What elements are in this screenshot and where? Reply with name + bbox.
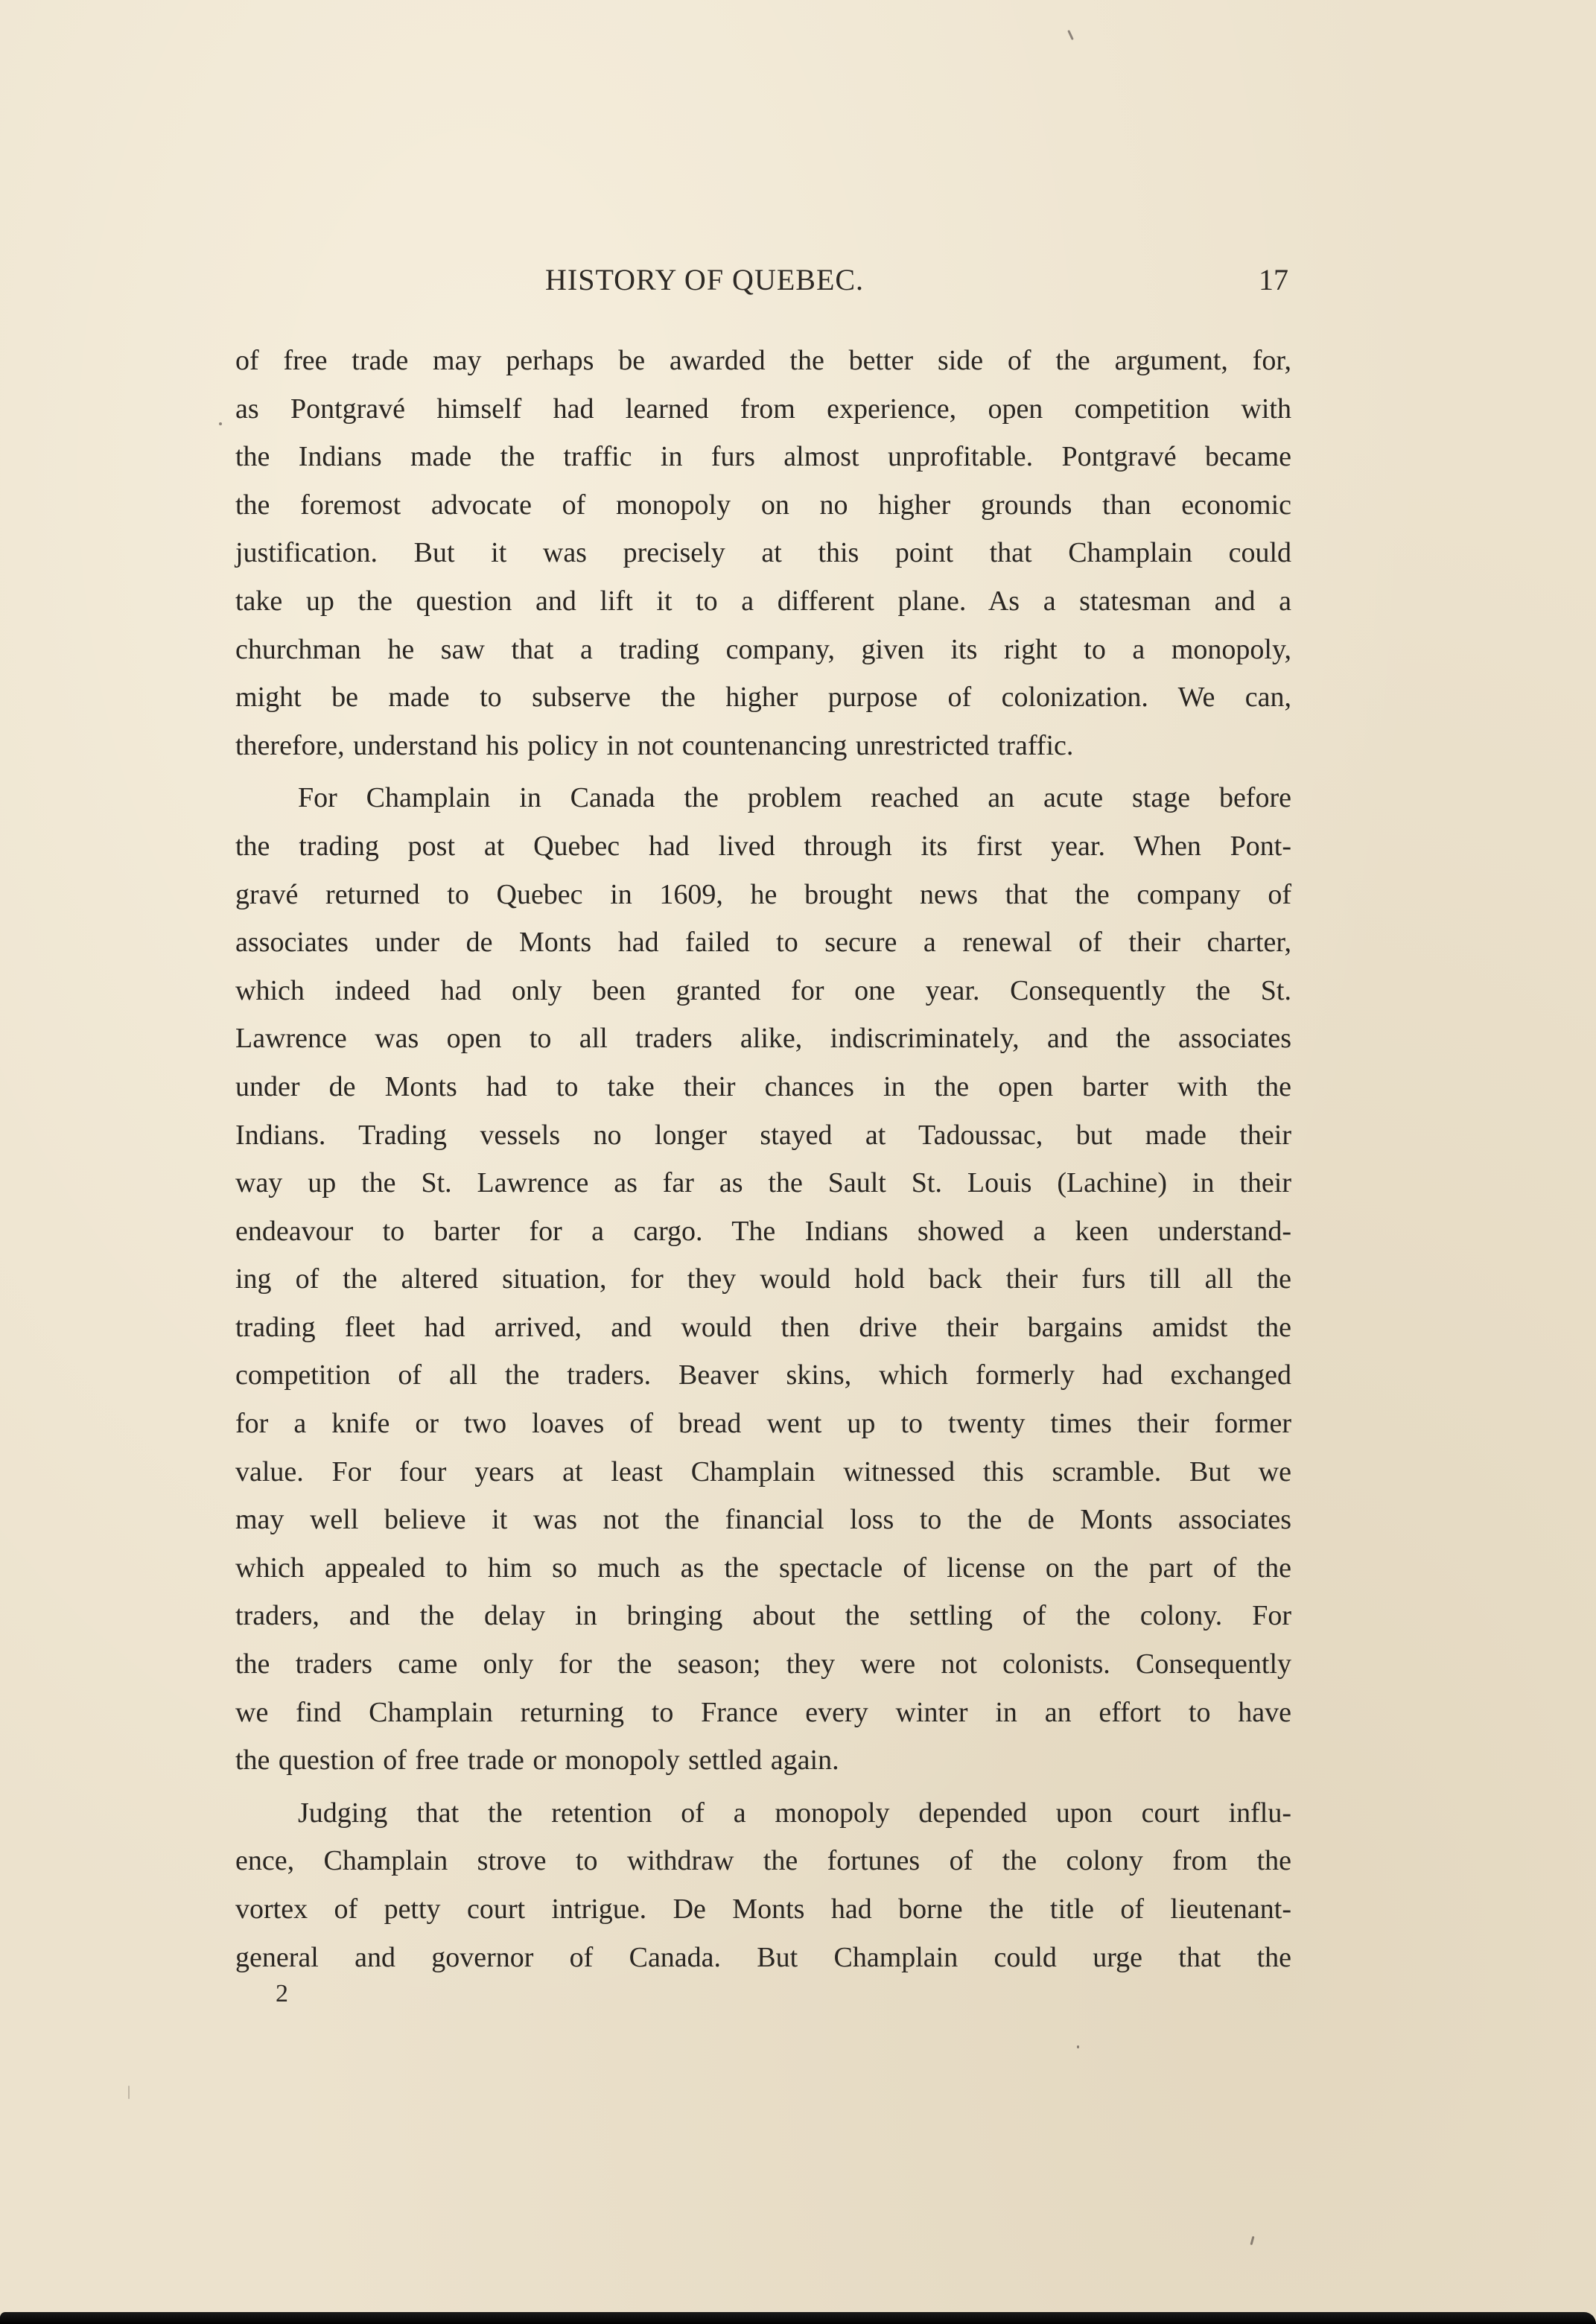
- paragraph-1: of free trade may perhaps be awarded the…: [235, 337, 1291, 769]
- body-text: of free trade may perhaps be awarded the…: [235, 337, 1291, 1981]
- paper-speck: [1250, 2236, 1254, 2245]
- paper-speck: [219, 422, 222, 425]
- text-line: as Pontgravé himself had learned from ex…: [235, 385, 1291, 434]
- text-line: Lawrence was open to all traders alike, …: [235, 1015, 1291, 1063]
- text-line: might be made to subserve the higher pur…: [235, 673, 1291, 722]
- paragraph-2: For Champlain in Canada the problem reac…: [235, 774, 1291, 1784]
- text-line: ence, Champlain strove to withdraw the f…: [235, 1837, 1291, 1885]
- text-line: which indeed had only been granted for o…: [235, 967, 1291, 1015]
- running-head-title: HISTORY OF QUEBEC.: [545, 262, 864, 297]
- text-line: Judging that the retention of a monopoly…: [235, 1789, 1291, 1838]
- text-line: take up the question and lift it to a di…: [235, 577, 1291, 626]
- text-line: gravé returned to Quebec in 1609, he bro…: [235, 871, 1291, 919]
- signature-mark: 2: [276, 1980, 288, 2008]
- text-line: traders, and the delay in bringing about…: [235, 1592, 1291, 1640]
- text-line: value. For four years at least Champlain…: [235, 1448, 1291, 1496]
- text-line: the trading post at Quebec had lived thr…: [235, 822, 1291, 871]
- text-line: may well believe it was not the financia…: [235, 1496, 1291, 1544]
- paper-speck: [128, 2086, 130, 2099]
- text-line: competition of all the traders. Beaver s…: [235, 1351, 1291, 1400]
- text-line: associates under de Monts had failed to …: [235, 918, 1291, 967]
- text-line: trading fleet had arrived, and would the…: [235, 1304, 1291, 1352]
- text-line: justification. But it was precisely at t…: [235, 529, 1291, 577]
- text-line: under de Monts had to take their chances…: [235, 1063, 1291, 1111]
- text-line: way up the St. Lawrence as far as the Sa…: [235, 1159, 1291, 1207]
- page-number: 17: [1259, 262, 1288, 297]
- text-line: the foremost advocate of monopoly on no …: [235, 481, 1291, 530]
- text-line: Indians. Trading vessels no longer staye…: [235, 1111, 1291, 1160]
- paper-speck: [1067, 30, 1074, 40]
- text-line: general and governor of Canada. But Cham…: [235, 1934, 1291, 1982]
- text-line: ing of the altered situation, for they w…: [235, 1255, 1291, 1304]
- text-line: vortex of petty court intrigue. De Monts…: [235, 1885, 1291, 1934]
- text-line: of free trade may perhaps be awarded the…: [235, 337, 1291, 385]
- text-line: therefore, understand his policy in not …: [235, 722, 1291, 770]
- text-line: endeavour to barter for a cargo. The Ind…: [235, 1207, 1291, 1256]
- text-line: which appealed to him so much as the spe…: [235, 1544, 1291, 1593]
- text-line: for a knife or two loaves of bread went …: [235, 1400, 1291, 1448]
- text-line: the traders came only for the season; th…: [235, 1640, 1291, 1689]
- text-line: churchman he saw that a trading company,…: [235, 626, 1291, 674]
- paragraph-3: Judging that the retention of a monopoly…: [235, 1789, 1291, 1981]
- text-line: we find Champlain returning to France ev…: [235, 1689, 1291, 1737]
- text-line: the Indians made the traffic in furs alm…: [235, 433, 1291, 481]
- text-line: For Champlain in Canada the problem reac…: [235, 774, 1291, 822]
- text-line: the question of free trade or monopoly s…: [235, 1736, 1291, 1785]
- page-bottom-edge: [0, 2312, 1596, 2324]
- book-page: HISTORY OF QUEBEC. 17 of free trade may …: [0, 0, 1596, 2324]
- paper-speck: [1077, 2045, 1079, 2048]
